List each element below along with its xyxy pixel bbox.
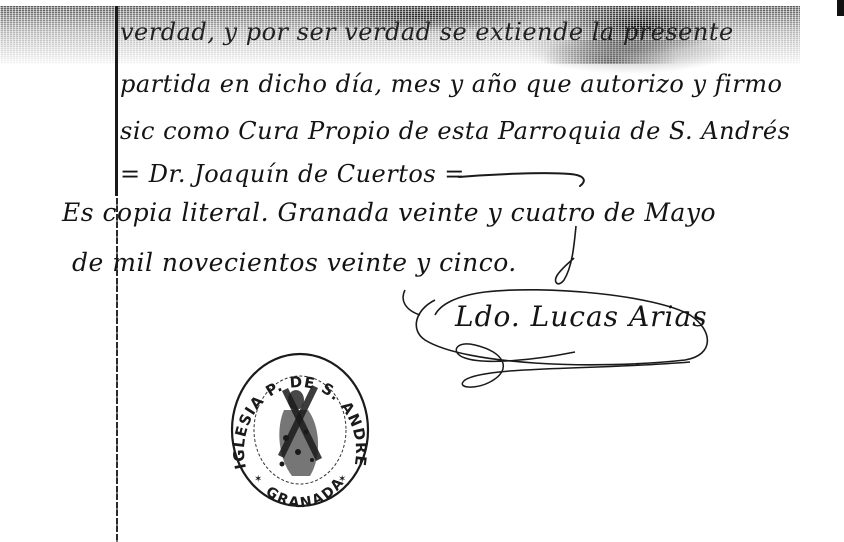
seal-separator-left: ✶ xyxy=(254,474,262,485)
signature: Ldo. Lucas Arias xyxy=(395,270,715,400)
parish-seal: IGLESIA P. DE S. ANDRES GRANADA ✶ ✶ xyxy=(226,348,374,512)
signature-name: Ldo. Lucas Arias xyxy=(455,300,708,333)
corner-mark xyxy=(837,0,844,16)
handwritten-line-5: Es copia literal. Granada veinte y cuatr… xyxy=(62,198,716,227)
handwritten-line-3: sic como Cura Propio de esta Parroquia d… xyxy=(120,117,790,145)
line-end-flourish xyxy=(455,160,595,190)
scanned-document-page: verdad, y por ser verdad se extiende la … xyxy=(0,0,844,542)
svg-text:GRANADA: GRANADA xyxy=(263,474,349,512)
signature-flourish xyxy=(395,270,715,400)
margin-line-solid xyxy=(115,6,118,196)
handwritten-line-1: verdad, y por ser verdad se extiende la … xyxy=(120,18,734,46)
handwritten-line-4: = Dr. Joaquín de Cuertos = xyxy=(120,160,465,188)
seal-separator-right: ✶ xyxy=(338,474,346,485)
handwritten-line-2: partida en dicho día, mes y año que auto… xyxy=(120,70,782,98)
seal-bottom-text: GRANADA xyxy=(263,474,349,512)
saint-andrew-figure-icon xyxy=(278,385,322,476)
